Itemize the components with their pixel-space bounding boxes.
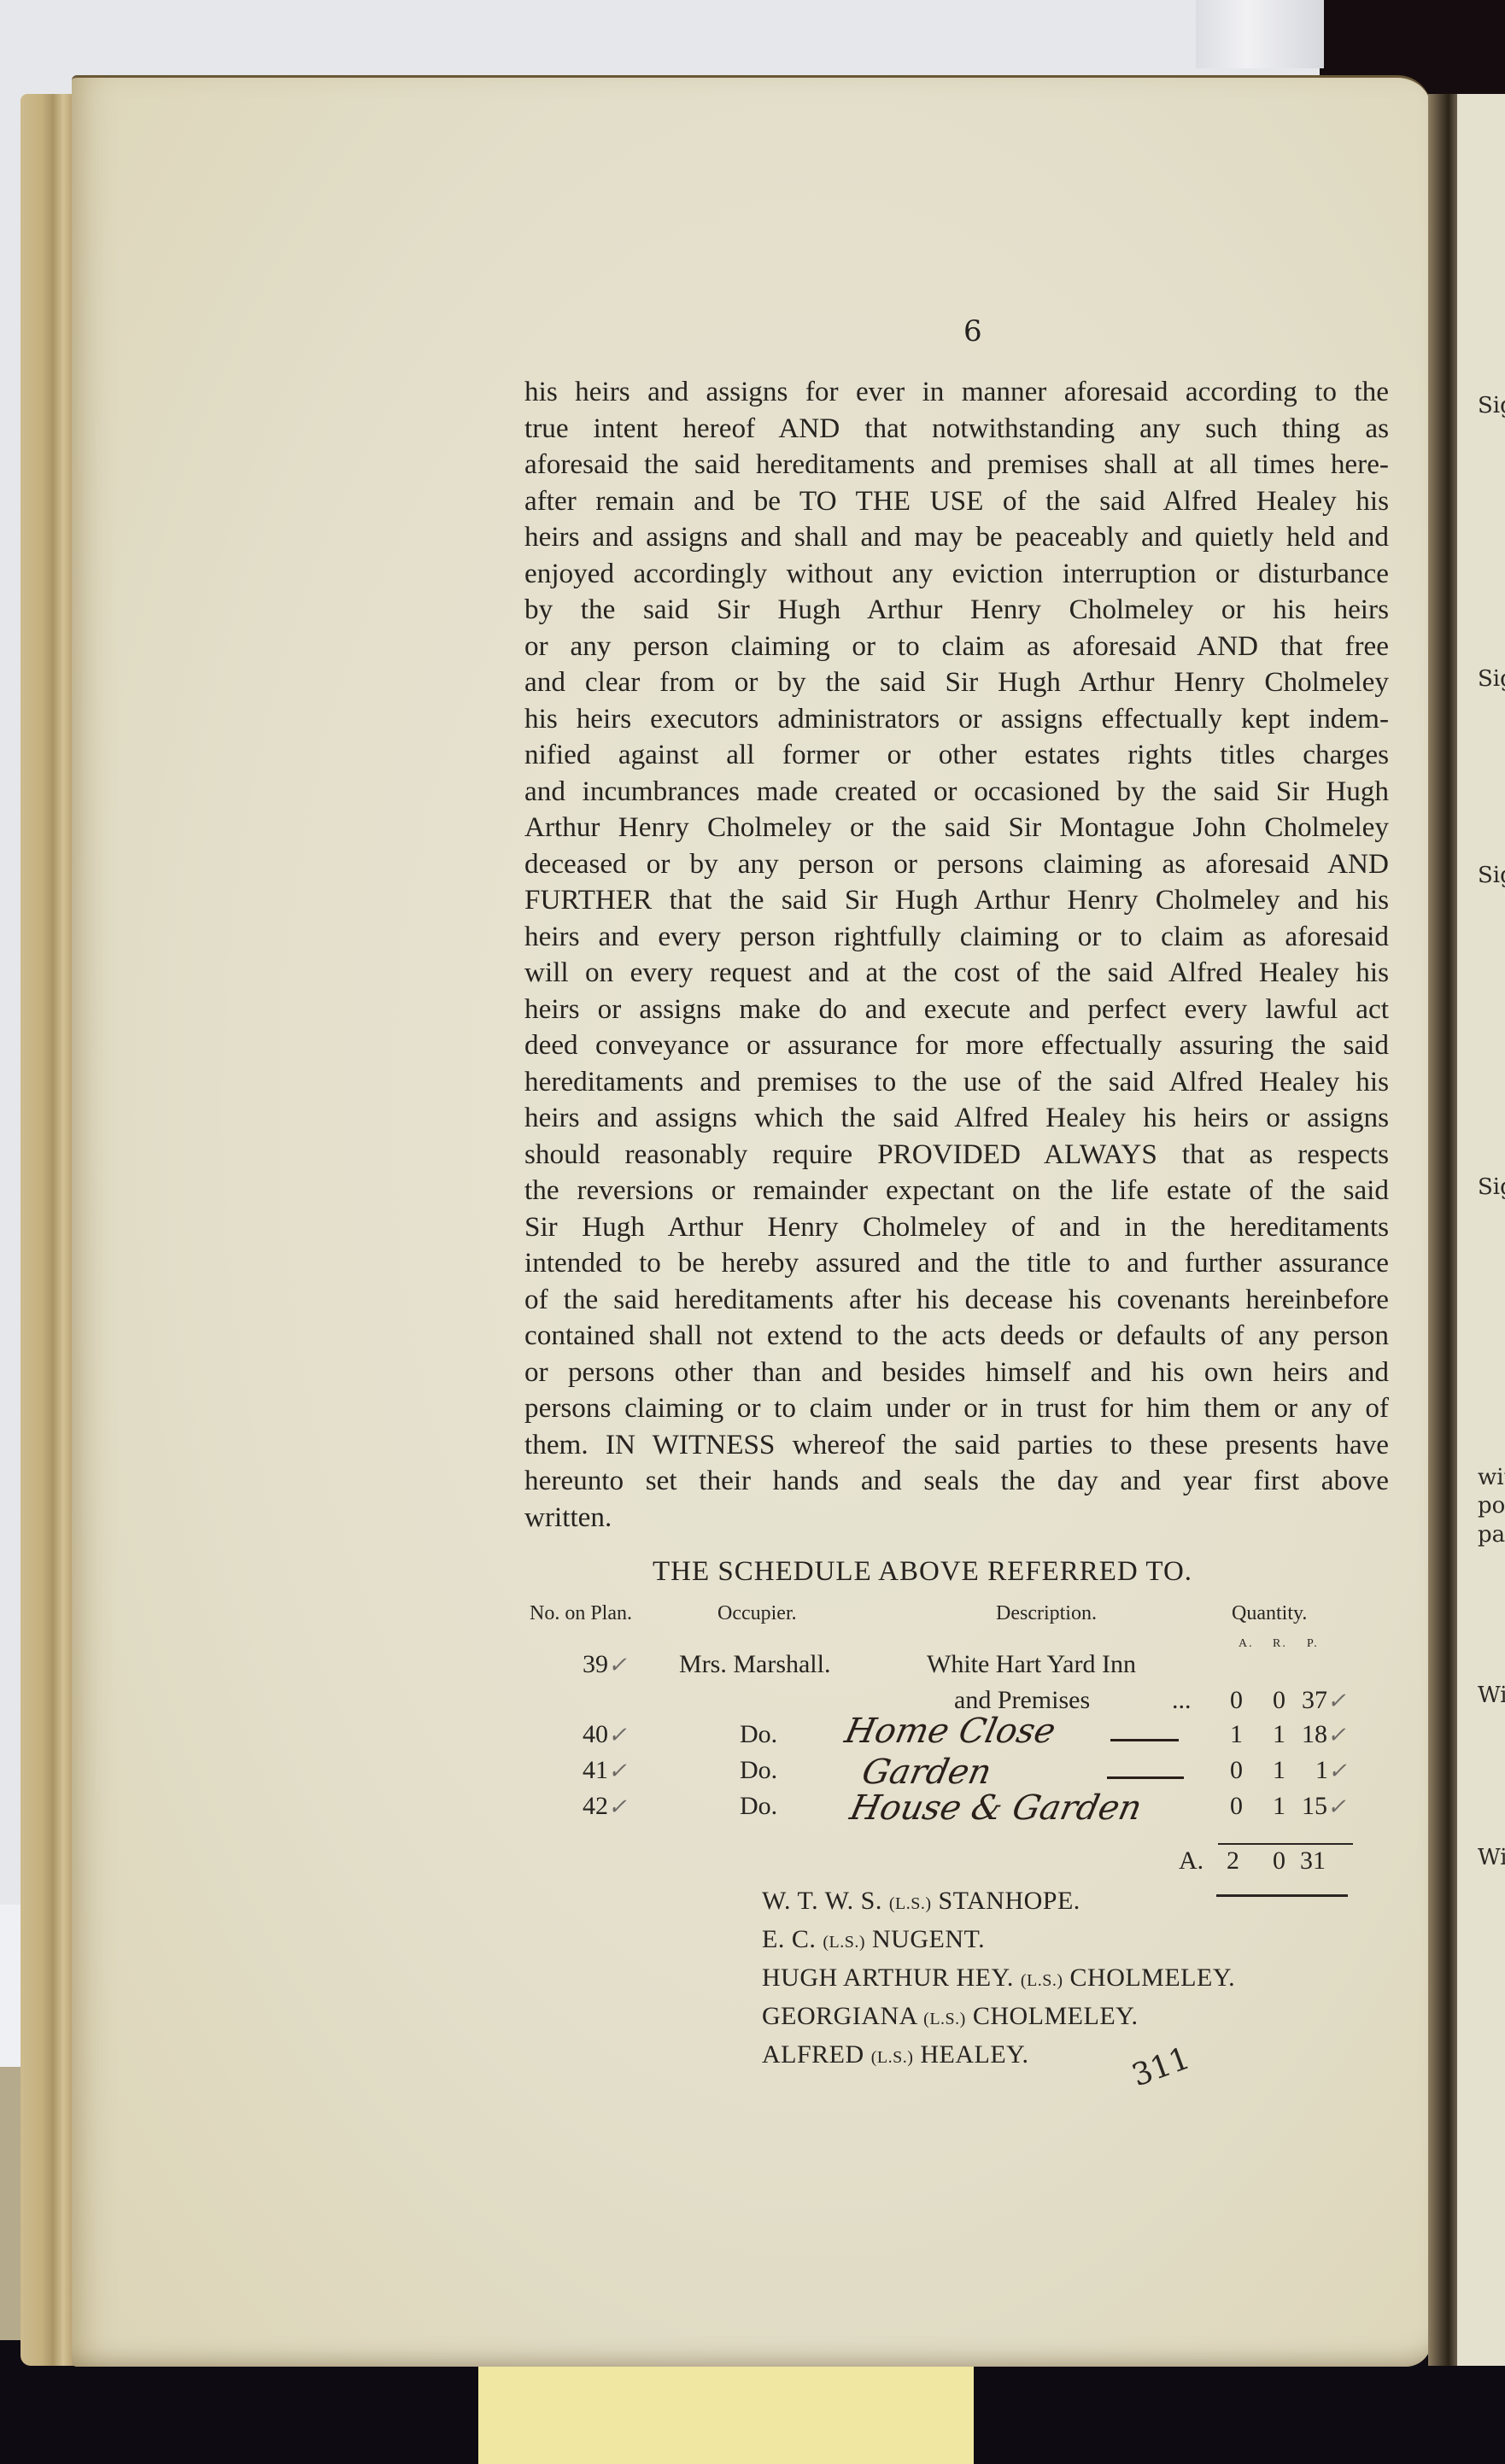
table-row-plan: 41✓ bbox=[583, 1756, 627, 1785]
check-icon: ✓ bbox=[1328, 1759, 1347, 1783]
handwritten-dash bbox=[1107, 1776, 1184, 1779]
total-acres: 2 bbox=[1227, 1847, 1239, 1876]
seal-mark: (L.S.) bbox=[871, 2048, 914, 2067]
text-line: true intent hereof AND that notwithstand… bbox=[524, 411, 1389, 448]
schedule-title: THE SCHEDULE ABOVE REFERRED TO. bbox=[653, 1556, 1192, 1588]
signatory-surname: CHOLMELEY. bbox=[973, 2002, 1139, 2030]
text-line: heirs and every person rightfully claimi… bbox=[524, 919, 1389, 956]
signatory-initials: W. T. W. S. bbox=[762, 1887, 882, 1915]
header-quantity: Quantity. bbox=[1232, 1602, 1307, 1625]
total-label: A. bbox=[1179, 1847, 1203, 1876]
book-gutter bbox=[1428, 94, 1457, 2366]
text-line: them. IN WITNESS whereof the said partie… bbox=[524, 1427, 1389, 1464]
text-line: his heirs and assigns for ever in manner… bbox=[524, 374, 1389, 411]
signature-line: W. T. W. S. (L.S.) STANHOPE. bbox=[762, 1883, 1235, 1922]
qty-acres: 0 bbox=[1230, 1686, 1243, 1715]
text-line: contained shall not extend to the acts d… bbox=[524, 1318, 1389, 1355]
handwritten-description: Home Close bbox=[841, 1712, 1059, 1751]
signatory-initials: ALFRED bbox=[762, 2040, 864, 2069]
facing-page-fragment: pai bbox=[1478, 1522, 1505, 1548]
text-line: persons claiming or to claim under or in… bbox=[524, 1390, 1389, 1427]
signatory-surname: CHOLMELEY. bbox=[1070, 1964, 1236, 1992]
facing-page-fragment: Sig bbox=[1478, 863, 1505, 888]
total-roods: 0 bbox=[1273, 1847, 1285, 1876]
text-line: hereunto set their hands and seals the d… bbox=[524, 1463, 1389, 1500]
facing-page-fragment: Wi bbox=[1478, 1845, 1505, 1870]
bookmark-strip bbox=[478, 2366, 974, 2464]
text-line: deed conveyance or assurance for more ef… bbox=[524, 1027, 1389, 1064]
text-line: or any person claiming or to claim as af… bbox=[524, 629, 1389, 665]
text-line: will on every request and at the cost of… bbox=[524, 955, 1389, 992]
page-number: 6 bbox=[963, 314, 982, 348]
unit-acres: A. bbox=[1239, 1637, 1254, 1651]
text-line: deceased or by any person or persons cla… bbox=[524, 846, 1389, 883]
signature-line: E. C. (L.S.) NUGENT. bbox=[762, 1922, 1235, 1960]
text-line: heirs and assigns which the said Alfred … bbox=[524, 1100, 1389, 1137]
facing-page-fragment: Sig bbox=[1478, 393, 1505, 418]
text-line: and clear from or by the said Sir Hugh A… bbox=[524, 664, 1389, 701]
text-line: written. bbox=[524, 1500, 1389, 1536]
table-row-plan: 42✓ bbox=[583, 1792, 627, 1821]
leader-dots: ... bbox=[1172, 1686, 1192, 1715]
qty-perches: 37✓ bbox=[1302, 1686, 1346, 1715]
text-line: should reasonably require PROVIDED ALWAY… bbox=[524, 1137, 1389, 1173]
text-line: his heirs executors administrators or as… bbox=[524, 701, 1389, 738]
facing-page: SigSigSigSigwitpoupaiWiWi bbox=[1457, 94, 1505, 2366]
qty-acres: 1 bbox=[1230, 1720, 1243, 1749]
signatory-initials: GEORGIANA bbox=[762, 2002, 916, 2030]
signature-line: GEORGIANA (L.S.) CHOLMELEY. bbox=[762, 1999, 1235, 2037]
qty-roods: 1 bbox=[1273, 1756, 1285, 1785]
qty-roods: 1 bbox=[1273, 1720, 1285, 1749]
handwritten-description: Garden bbox=[858, 1753, 995, 1792]
text-line: or persons other than and besides himsel… bbox=[524, 1355, 1389, 1391]
check-icon: ✓ bbox=[608, 1723, 627, 1747]
facing-page-fragment: wit bbox=[1478, 1465, 1505, 1490]
qty-perches: 15✓ bbox=[1302, 1792, 1346, 1821]
text-line: aforesaid the said hereditaments and pre… bbox=[524, 447, 1389, 483]
check-icon: ✓ bbox=[608, 1653, 627, 1677]
total-rule bbox=[1218, 1843, 1353, 1845]
header-plan: No. on Plan. bbox=[530, 1602, 632, 1625]
signatory-surname: HEALEY. bbox=[920, 2040, 1028, 2069]
check-icon: ✓ bbox=[1327, 1689, 1346, 1713]
table-row-occupier: Do. bbox=[740, 1756, 777, 1785]
seal-mark: (L.S.) bbox=[1021, 1971, 1063, 1990]
signatory-surname: NUGENT. bbox=[872, 1925, 985, 1953]
text-line: heirs and assigns and shall and may be p… bbox=[524, 519, 1389, 556]
handwritten-description: House & Garden bbox=[846, 1788, 1145, 1828]
unit-roods: R. bbox=[1273, 1637, 1287, 1651]
seal-mark: (L.S.) bbox=[823, 1933, 865, 1952]
table-row-plan: 39✓ bbox=[583, 1650, 627, 1679]
check-icon: ✓ bbox=[1327, 1723, 1346, 1747]
handwritten-dash bbox=[1110, 1739, 1179, 1741]
check-icon: ✓ bbox=[1327, 1794, 1346, 1819]
qty-perches: 1✓ bbox=[1315, 1756, 1347, 1785]
text-line: nified against all former or other estat… bbox=[524, 737, 1389, 774]
facing-page-fragment: Sig bbox=[1478, 1174, 1505, 1200]
qty-roods: 0 bbox=[1273, 1686, 1285, 1715]
facing-page-fragment: Wi bbox=[1478, 1683, 1505, 1708]
signature-line: HUGH ARTHUR HEY. (L.S.) CHOLMELEY. bbox=[762, 1960, 1235, 1999]
text-line: Arthur Henry Cholmeley or the said Sir M… bbox=[524, 810, 1389, 846]
total-perches: 31 bbox=[1300, 1847, 1326, 1876]
header-occupier: Occupier. bbox=[717, 1602, 797, 1625]
text-line: by the said Sir Hugh Arthur Henry Cholme… bbox=[524, 592, 1389, 629]
text-line: Sir Hugh Arthur Henry Cholmeley of and i… bbox=[524, 1209, 1389, 1246]
seal-mark: (L.S.) bbox=[923, 2010, 966, 2028]
text-line: and incumbrances made created or occasio… bbox=[524, 774, 1389, 811]
text-line: enjoyed accordingly without any eviction… bbox=[524, 556, 1389, 593]
deed-body-text: his heirs and assigns for ever in manner… bbox=[524, 374, 1389, 1536]
text-line: FURTHER that the said Sir Hugh Arthur He… bbox=[524, 882, 1389, 919]
seal-mark: (L.S.) bbox=[889, 1894, 932, 1913]
signatory-initials: E. C. bbox=[762, 1925, 816, 1953]
table-row-description-cont: and Premises bbox=[954, 1686, 1090, 1715]
facing-page-fragment: pou bbox=[1478, 1493, 1505, 1519]
signatory-surname: STANHOPE. bbox=[939, 1887, 1080, 1915]
qty-perches: 18✓ bbox=[1302, 1720, 1346, 1749]
loose-sheets-top bbox=[1196, 0, 1324, 68]
table-row-occupier: Do. bbox=[740, 1792, 777, 1821]
table-row-occupier: Do. bbox=[740, 1720, 777, 1749]
text-line: hereditaments and premises to the use of… bbox=[524, 1064, 1389, 1101]
header-description: Description. bbox=[996, 1602, 1097, 1625]
check-icon: ✓ bbox=[608, 1794, 627, 1819]
text-line: of the said hereditaments after his dece… bbox=[524, 1282, 1389, 1319]
table-row-description: White Hart Yard Inn bbox=[927, 1650, 1136, 1679]
text-line: the reversions or remainder expectant on… bbox=[524, 1173, 1389, 1209]
check-icon: ✓ bbox=[608, 1759, 627, 1783]
text-line: intended to be hereby assured and the ti… bbox=[524, 1245, 1389, 1282]
facing-page-fragment: Sig bbox=[1478, 666, 1505, 692]
qty-acres: 0 bbox=[1230, 1756, 1243, 1785]
table-row-plan: 40✓ bbox=[583, 1720, 627, 1749]
text-line: after remain and be TO THE USE of the sa… bbox=[524, 483, 1389, 520]
unit-perches: P. bbox=[1307, 1637, 1319, 1651]
qty-roods: 1 bbox=[1273, 1792, 1285, 1821]
signature-rule bbox=[1216, 1894, 1348, 1897]
table-row-occupier: Mrs. Marshall. bbox=[679, 1650, 830, 1679]
text-line: heirs or assigns make do and execute and… bbox=[524, 992, 1389, 1028]
qty-acres: 0 bbox=[1230, 1792, 1243, 1821]
signatory-initials: HUGH ARTHUR HEY. bbox=[762, 1964, 1014, 1992]
